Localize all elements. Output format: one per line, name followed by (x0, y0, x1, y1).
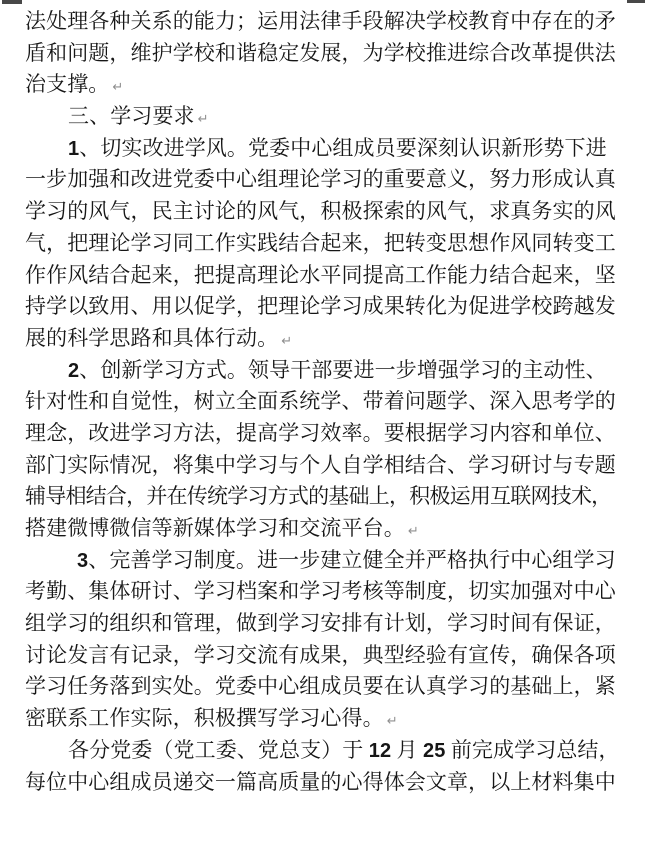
text-line: 展的科学思路和具体行动。↵ (25, 323, 619, 355)
page-edge-artifact-left (2, 0, 22, 4)
text-line: 一步加强和改进党委中心组理论学习的重要意义，努力形成认真 (25, 164, 619, 196)
text-segment: 展的科学思路和具体行动。 (25, 326, 278, 350)
text-segment: 每位中心组成员递交一篇高质量的心得体会文章，以上材料集中 (25, 770, 616, 794)
text-segment: 前完成学习总结， (445, 738, 619, 762)
text-line: 持学以致用、用以促学，把理论学习成果转化为促进学校跨越发 (25, 291, 619, 323)
text-line: 3、完善学习制度。进一步建立健全并严格执行中心组学习 (25, 545, 619, 577)
text-segment: 、创新学习方式。领导干部要进一步增强学习的主动性、 (79, 358, 607, 382)
text-segment: 气，把理论学习同工作实践结合起来，把转变思想作风同转变工 (25, 231, 616, 255)
text-line: 学习的风气，民主讨论的风气，积极探索的风气，求真务实的风 (25, 196, 619, 228)
text-line: 治支撑。↵ (25, 69, 619, 101)
text-segment: 学习的风气，民主讨论的风气，积极探索的风气，求真务实的风 (25, 199, 616, 223)
page-edge-artifact-right (627, 0, 645, 3)
text-line: 作作风结合起来，把提高理论水平同提高工作能力结合起来，坚 (25, 260, 619, 292)
paragraph-mark-icon: ↵ (198, 112, 209, 127)
text-segment: 、切实改进学风。党委中心组成员要深刻认识新形势下进 (79, 136, 607, 160)
text-segment: 作作风结合起来，把提高理论水平同提高工作能力结合起来，坚 (25, 263, 616, 287)
text-segment: 针对性和自觉性，树立全面系统学、带着问题学、深入思考学的 (25, 389, 616, 413)
text-segment: 持学以致用、用以促学，把理论学习成果转化为促进学校跨越发 (25, 294, 616, 318)
text-segment: 一步加强和改进党委中心组理论学习的重要意义，努力形成认真 (25, 167, 616, 191)
text-segment: 考勤、集体研讨、学习档案和学习考核等制度，切实加强对中心 (25, 579, 616, 603)
text-segment: 密联系工作实际，积极撰写学习心得。 (25, 706, 384, 730)
text-line: 组学习的组织和管理，做到学习安排有计划，学习时间有保证， (25, 608, 619, 640)
text-line: 每位中心组成员递交一篇高质量的心得体会文章，以上材料集中 (25, 767, 619, 799)
text-line: 法处理各种关系的能力；运用法律手段解决学校教育中存在的矛 (25, 6, 619, 38)
text-segment: 讨论发言有记录，学习交流有成果，典型经验有宣传，确保各项 (25, 643, 616, 667)
paragraph-mark-icon: ↵ (112, 80, 123, 95)
text-segment: 部门实际情况，将集中学习与个人自学相结合、学习研讨与专题 (25, 453, 616, 477)
text-line: 盾和问题，维护学校和谐稳定发展，为学校推进综合改革提供法 (25, 38, 619, 70)
text-line: 辅导相结合，并在传统学习方式的基础上，积极运用互联网技术， (25, 481, 619, 513)
bold-number: 2 (68, 360, 79, 382)
text-line: 学习任务落到实处。党委中心组成员要在认真学习的基础上，紧 (25, 671, 619, 703)
text-segment: 学习任务落到实处。党委中心组成员要在认真学习的基础上，紧 (25, 674, 616, 698)
text-segment: 、完善学习制度。进一步建立健全并严格执行中心组学习 (88, 548, 616, 572)
text-line: 部门实际情况，将集中学习与个人自学相结合、学习研讨与专题 (25, 450, 619, 482)
text-line: 密联系工作实际，积极撰写学习心得。↵ (25, 703, 619, 735)
bold-number: 25 (423, 740, 445, 762)
text-segment: 各分党委（党工委、党总支）于 (68, 738, 369, 762)
text-line: 针对性和自觉性，树立全面系统学、带着问题学、深入思考学的 (25, 386, 619, 418)
document-content[interactable]: 法处理各种关系的能力；运用法律手段解决学校教育中存在的矛盾和问题，维护学校和谐稳… (25, 6, 619, 798)
text-line: 讨论发言有记录，学习交流有成果，典型经验有宣传，确保各项 (25, 640, 619, 672)
text-segment: 理念，改进学习方法，提高学习效率。要根据学习内容和单位、 (25, 421, 616, 445)
text-segment: 治支撑。 (25, 72, 109, 96)
document-page: 法处理各种关系的能力；运用法律手段解决学校教育中存在的矛盾和问题，维护学校和谐稳… (0, 0, 645, 850)
text-line: 搭建微博微信等新媒体学习和交流平台。↵ (25, 513, 619, 545)
bold-number: 3 (77, 550, 88, 572)
text-segment: 盾和问题，维护学校和谐稳定发展，为学校推进综合改革提供法 (25, 41, 616, 65)
paragraph-mark-icon: ↵ (387, 714, 398, 729)
paragraph-mark-icon: ↵ (281, 334, 292, 349)
text-segment: 月 (391, 738, 423, 762)
text-segment: 辅导相结合，并在传统学习方式的基础上，积极运用互联网技术， (25, 484, 611, 508)
text-line: 三、学习要求↵ (25, 101, 619, 133)
text-segment: 法处理各种关系的能力；运用法律手段解决学校教育中存在的矛 (25, 9, 616, 33)
text-segment: 组学习的组织和管理，做到学习安排有计划，学习时间有保证， (25, 611, 616, 635)
text-segment: 三、学习要求 (68, 104, 195, 128)
text-line: 各分党委（党工委、党总支）于 12 月 25 前完成学习总结， (25, 735, 619, 767)
text-line: 2、创新学习方式。领导干部要进一步增强学习的主动性、 (25, 355, 619, 387)
text-line: 理念，改进学习方法，提高学习效率。要根据学习内容和单位、 (25, 418, 619, 450)
bold-number: 12 (369, 740, 391, 762)
text-line: 考勤、集体研讨、学习档案和学习考核等制度，切实加强对中心 (25, 576, 619, 608)
bold-number: 1 (68, 138, 79, 160)
text-line: 1、切实改进学风。党委中心组成员要深刻认识新形势下进 (25, 133, 619, 165)
text-line: 气，把理论学习同工作实践结合起来，把转变思想作风同转变工 (25, 228, 619, 260)
text-segment: 搭建微博微信等新媒体学习和交流平台。 (25, 516, 405, 540)
paragraph-mark-icon: ↵ (408, 524, 419, 539)
